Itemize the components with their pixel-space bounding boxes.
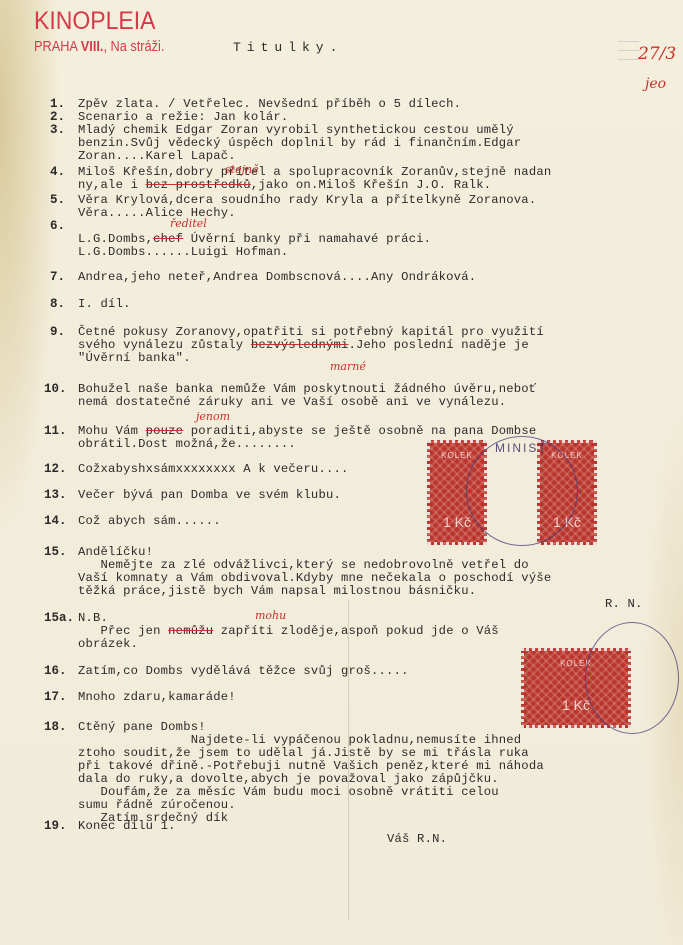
entry-number: 5.: [50, 193, 65, 207]
entry-text-line: Večer bývá pan Domba ve svém klubu.: [78, 488, 341, 502]
signature: R. N.: [605, 597, 643, 611]
entry-text-line: Zoran....Karel Lapač.: [78, 149, 236, 163]
entry-number: 15a.: [44, 611, 74, 625]
entry-text-line: Cožxabyshxsámxxxxxxxx A k večeru....: [78, 462, 349, 476]
entry-text-line: Věra Krylová,dcera soudního rady Kryla a…: [78, 193, 536, 207]
entry-number: 17.: [44, 690, 67, 704]
entry-text-line: dala do ruky,a dovolte,abych je považova…: [78, 772, 499, 786]
entry-text-line: "Úvěrní banka".: [78, 351, 191, 365]
entry-number: 6.: [50, 219, 65, 233]
entry-text-line: benzin.Svůj vědecký úspěch doplnil by rá…: [78, 136, 521, 150]
entry-number: 10.: [44, 382, 67, 396]
number-annotation: jeo: [645, 76, 666, 92]
handwritten-correction: jenom: [196, 410, 230, 423]
entry-text-line: L.G.Dombs,chef Úvěrní banky při namahavé…: [78, 232, 431, 246]
entry-number: 12.: [44, 462, 67, 476]
entry-text-line: Ctěný pane Dombs!: [78, 720, 206, 734]
entry-text-line: nemá dostatečné záruky ani ve Vaší osobě…: [78, 395, 506, 409]
entry-text-line: při takové dřině.-Potřebuji nutně Vašich…: [78, 759, 544, 773]
address-street: , Na stráži.: [103, 38, 164, 55]
entry-number: 16.: [44, 664, 67, 678]
document-title: Titulky.: [233, 40, 343, 55]
faded-stamp-mark: —————————: [618, 37, 639, 64]
struck-text: chef: [153, 232, 183, 246]
entry-number: 9.: [50, 325, 65, 339]
signature: Váš R.N.: [387, 832, 447, 846]
entry-number: 1.: [50, 97, 65, 111]
entry-number: 13.: [44, 488, 67, 502]
handwritten-correction: ředitel: [170, 217, 207, 230]
entry-text-line: obrátil.Dost možná,že........: [78, 437, 296, 451]
date-annotation: 27/3: [638, 44, 676, 64]
entry-text-line: svého vynálezu zůstaly bezvýslednými.Jeh…: [78, 338, 529, 352]
entry-text-line: těžká práce,jistě bych Vám napsal milost…: [78, 584, 476, 598]
entry-text-line: obrázek.: [78, 637, 138, 651]
entry-text-line: Mnoho zdaru,kamaráde!: [78, 690, 236, 704]
handwritten-correction: marné: [330, 360, 366, 373]
entry-text-line: Věra.....Alice Hechy.: [78, 206, 236, 220]
cancellation-text: MINIST: [495, 441, 548, 455]
entry-number: 14.: [44, 514, 67, 528]
handwritten-correction: mohu: [255, 609, 286, 622]
entry-text-line: ztoho soudit,že jsem to udělal já.Jistě …: [78, 746, 529, 760]
entry-number: 7.: [50, 270, 65, 284]
entry-text-line: Mladý chemik Edgar Zoran vyrobil synthet…: [78, 123, 514, 137]
handwritten-correction: stejně: [225, 163, 259, 176]
struck-text: pouze: [146, 424, 184, 438]
entry-text-line: Konec dílu 1.: [78, 819, 176, 833]
entry-text-line: Bohužel naše banka nemůže Vám poskytnout…: [78, 382, 536, 396]
entry-number: 15.: [44, 545, 67, 559]
entry-text-line: Doufám,že za měsíc Vám budu moci osobně …: [78, 785, 499, 799]
entry-text-line: Andrea,jeho neteř,Andrea Dombscnová....A…: [78, 270, 476, 284]
entry-text-line: Mohu Vám pouze poraditi,abyste se ještě …: [78, 424, 536, 438]
entry-text-line: Zatím,co Dombs vydělává těžce svůj groš.…: [78, 664, 409, 678]
cancellation-postmark: [585, 622, 679, 734]
entry-text-line: Andělíčku!: [78, 545, 153, 559]
entry-text-line: Najdete-li vypáčenou pokladnu,nemusíte i…: [78, 733, 521, 747]
entry-number: 8.: [50, 297, 65, 311]
entry-text-line: Což abych sám......: [78, 514, 221, 528]
address-city: PRAHA: [34, 38, 81, 55]
entry-number: 11.: [44, 424, 67, 438]
entry-text-line: I. díl.: [78, 297, 131, 311]
address-district: VIII.: [81, 38, 104, 55]
entry-text-line: L.G.Dombs......Luigi Hofman.: [78, 245, 288, 259]
entry-number: 3.: [50, 123, 65, 137]
entry-number: 19.: [44, 819, 67, 833]
entry-text-line: Zpěv zlata. / Vetřelec. Nevšední příběh …: [78, 97, 461, 111]
entry-text-line: Přec jen nemůžu zapříti zloděje,aspoň po…: [78, 624, 499, 638]
letterhead-stamp: KINOPLEIA PRAHA VIII., Na stráži.: [34, 8, 187, 56]
entry-text-line: N.B.: [78, 611, 108, 625]
entry-text-line: Vaší komnaty a Vám obdivoval.Kdyby mne n…: [78, 571, 551, 585]
struck-text: bez prostředků: [146, 178, 251, 192]
entry-number: 18.: [44, 720, 67, 734]
entry-text-line: ny,ale i bez prostředků,jako on.Miloš Kř…: [78, 178, 491, 192]
entry-text-line: Scenario a režie: Jan kolár.: [78, 110, 288, 124]
entry-text-line: Nemějte za zlé odvážlivci,který se nedob…: [78, 558, 529, 572]
entry-text-line: Miloš Křešín,dobry přítel a spolupracovn…: [78, 165, 551, 179]
struck-text: bezvýslednými: [251, 338, 349, 352]
struck-text: nemůžu: [168, 624, 213, 638]
company-address: PRAHA VIII., Na stráži.: [34, 38, 164, 56]
entry-text-line: Četné pokusy Zoranovy,opatřiti si potřeb…: [78, 325, 544, 339]
company-name: KINOPLEIA: [34, 8, 175, 34]
entry-number: 4.: [50, 165, 65, 179]
entry-number: 2.: [50, 110, 65, 124]
entry-text-line: sumu řádně zúročenou.: [78, 798, 236, 812]
